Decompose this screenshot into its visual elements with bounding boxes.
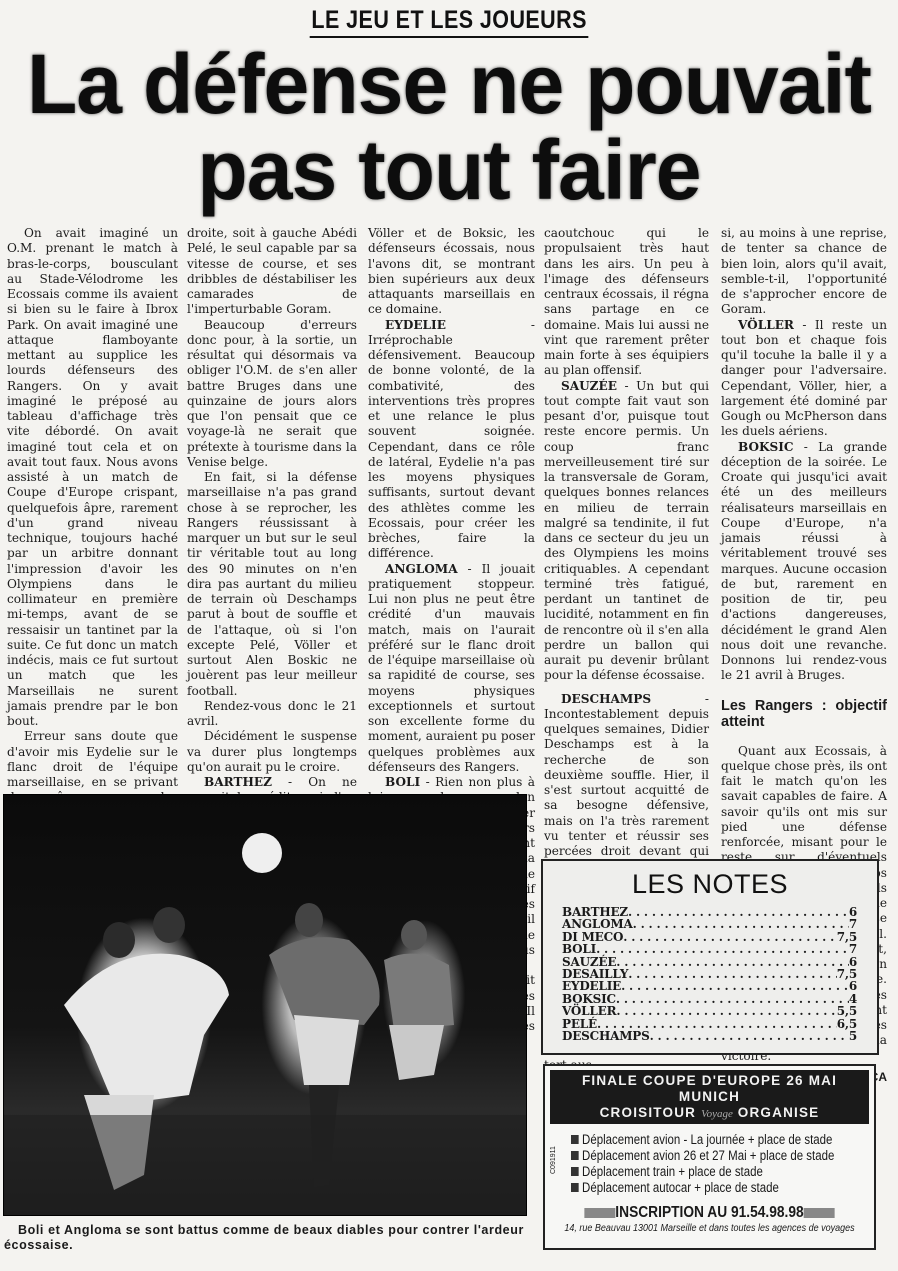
decorative-bar — [584, 1208, 615, 1218]
subheading: Les Rangers : objectif atteint — [721, 698, 887, 730]
paragraph: si, au moins à une reprise, de tenter sa… — [721, 226, 887, 318]
rating-row: DESCHAMPS5 — [562, 1030, 857, 1042]
paragraph: Völler et de Boksic, les défenseurs écos… — [368, 226, 535, 318]
ad-offer: Déplacement autocar + place de stade — [571, 1180, 829, 1196]
paragraph: Rendez-vous donc le 21 avril. — [187, 699, 357, 730]
player-paragraph-eydelie: EYDELIE - Irréprochable défensivement. B… — [368, 318, 535, 562]
rating-row: EYDELIE6 — [562, 980, 857, 992]
player-name: EYDELIE — [385, 318, 446, 332]
ratings-title: LES NOTES — [543, 869, 877, 900]
travel-advertisement: FINALE COUPE D'EUROPE 26 MAI MUNICH CROI… — [543, 1064, 876, 1250]
player-name: DESCHAMPS — [561, 692, 651, 706]
ad-offer: Déplacement train + place de stade — [571, 1164, 829, 1180]
player-name: ANGLOMA — [385, 562, 458, 576]
bullet-square-icon — [571, 1135, 579, 1144]
photo-caption: Boli et Angloma se sont battus comme de … — [4, 1223, 524, 1253]
player-paragraph-angloma: ANGLOMA - Il jouait pratiquement stoppeu… — [368, 562, 535, 776]
paragraph: En fait, si la défense marseillaise n'a … — [187, 470, 357, 699]
ratings-list: BARTHEZ6 ANGLOMA7 DI MECO7,5 BOLI7 SAUZÉ… — [543, 906, 877, 1042]
rating-row: VÖLLER5,5 — [562, 1005, 857, 1017]
player-name: BOKSIC — [738, 440, 794, 454]
player-paragraph-boksic: BOKSIC - La grande déception de la soiré… — [721, 440, 887, 684]
section-kicker-label: LE JEU ET LES JOUEURS — [310, 6, 589, 38]
section-kicker: LE JEU ET LES JOUEURS — [0, 6, 898, 38]
rating-row: DI MECO7,5 — [562, 931, 857, 943]
ad-inscription: INSCRIPTION AU 91.54.98.98 — [568, 1204, 851, 1222]
ad-offer: Déplacement avion 26 et 27 Mai + place d… — [571, 1148, 829, 1164]
ad-address: 14, rue Beauvau 13001 Marseille et dans … — [561, 1223, 857, 1234]
ad-code: C091911 — [550, 1146, 557, 1174]
ad-offer: Déplacement avion - La journée + place d… — [571, 1132, 829, 1148]
headline: La défense ne pouvait pas tout faire — [0, 44, 898, 210]
player-name: SAUZÉE — [561, 379, 617, 393]
paragraph: Décidément le suspense va durer plus lon… — [187, 729, 357, 775]
rating-row: ANGLOMA7 — [562, 918, 857, 930]
player-paragraph-sauzee: SAUZÉE - Un but qui tout compte fait vau… — [544, 379, 709, 684]
bullet-square-icon — [571, 1183, 579, 1192]
paragraph: On avait imaginé un O.M. prenant le matc… — [7, 226, 178, 729]
ad-offers: Déplacement avion - La journée + place d… — [571, 1132, 874, 1196]
paragraph: droite, soit à gauche Abédi Pelé, le seu… — [187, 226, 357, 318]
football-players-image — [4, 795, 526, 1215]
player-paragraph-voller: VÖLLER - Il reste un tout bon et chaque … — [721, 318, 887, 440]
match-photo — [3, 794, 527, 1216]
player-name: BARTHEZ — [204, 775, 272, 789]
bullet-square-icon — [571, 1151, 579, 1160]
ad-banner: FINALE COUPE D'EUROPE 26 MAI MUNICH CROI… — [550, 1070, 869, 1124]
bullet-square-icon — [571, 1167, 579, 1176]
player-name: BOLI — [385, 775, 420, 789]
rating-row: BOLI7 — [562, 943, 857, 955]
paragraph: Beaucoup d'erreurs donc pour, à la sorti… — [187, 318, 357, 471]
paragraph: caoutchouc qui le propulsaient très haut… — [544, 226, 709, 379]
headline-line-1: La défense ne pouvait — [9, 44, 889, 124]
ratings-box: LES NOTES BARTHEZ6 ANGLOMA7 DI MECO7,5 B… — [541, 859, 879, 1055]
decorative-bar — [804, 1208, 835, 1218]
headline-line-2: pas tout faire — [9, 130, 889, 210]
player-name: VÖLLER — [738, 318, 794, 332]
